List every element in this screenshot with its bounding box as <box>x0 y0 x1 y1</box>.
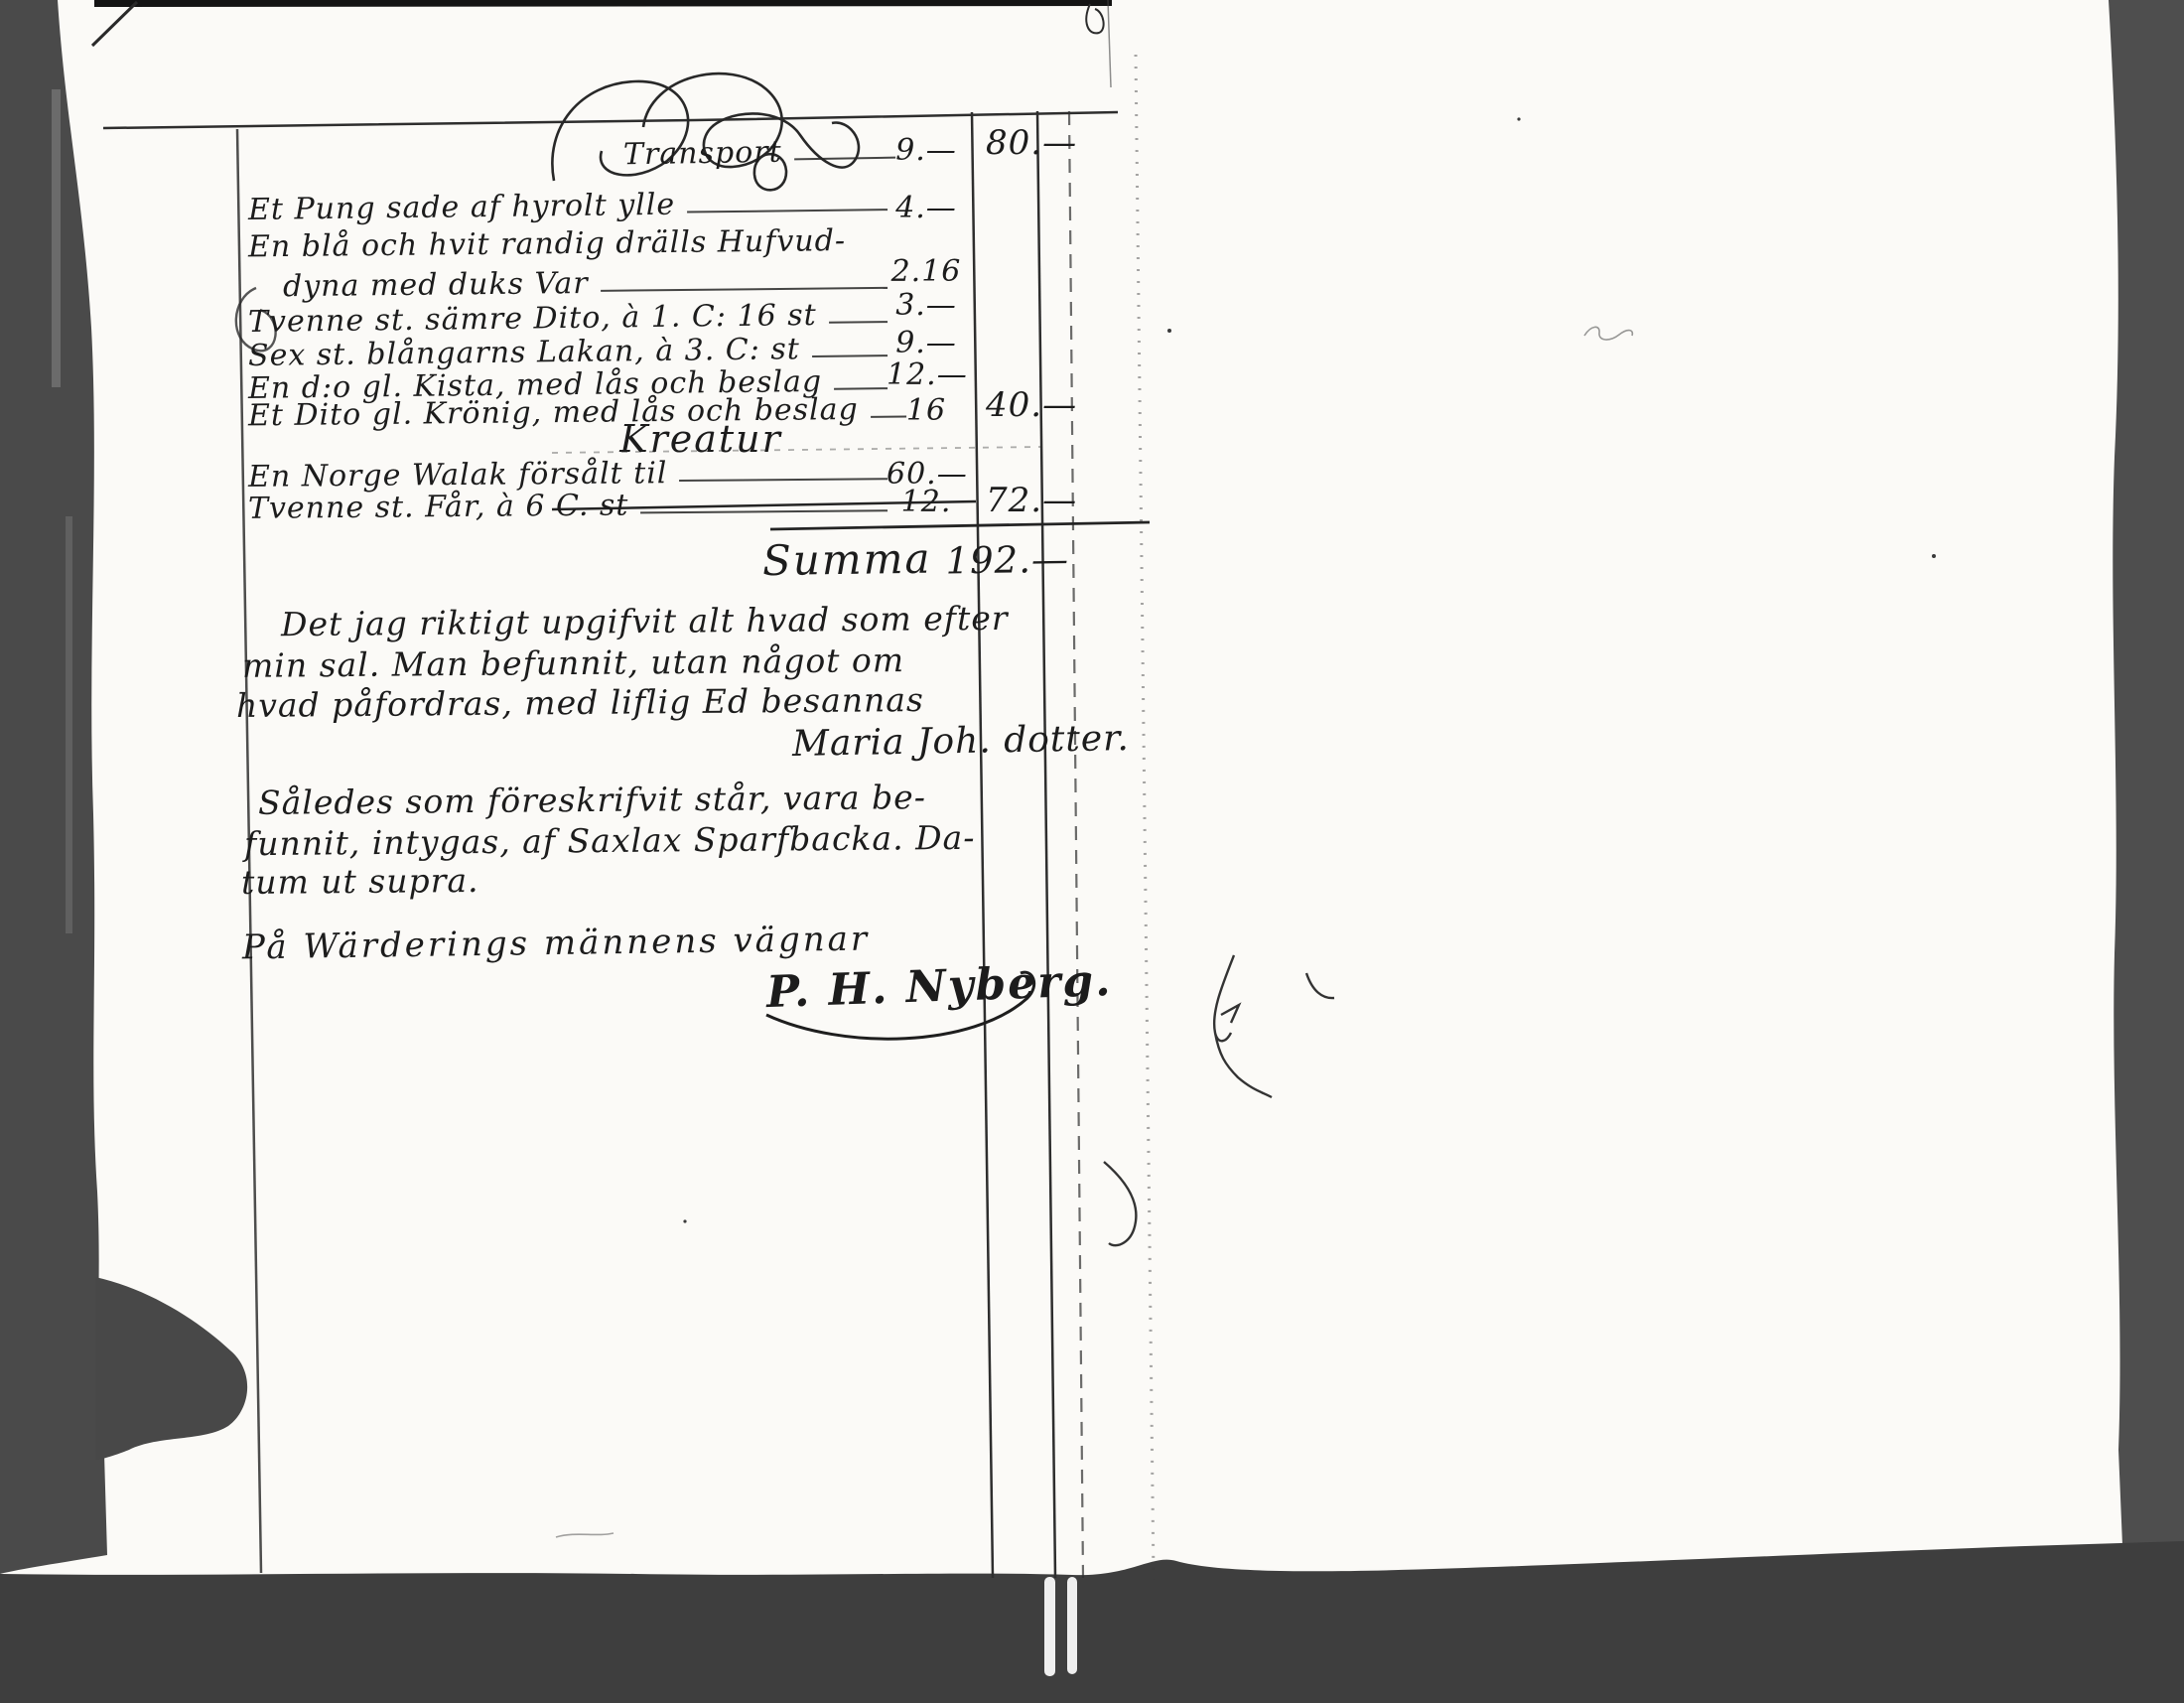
dash-leader <box>640 509 887 513</box>
signature-maria: Maria Joh. dotter. <box>792 718 1130 765</box>
row-text: dyna med duks Var <box>283 266 589 304</box>
transport-amount-col2: 80.— <box>986 123 1073 163</box>
row-amount-col1: 4.— <box>887 191 966 225</box>
account-row: En blå och hvit randig drälls Hufvud- <box>248 223 891 265</box>
bottom-dark-band <box>0 1541 2184 1703</box>
page-fold-line <box>1136 55 1154 1580</box>
dash-leader <box>687 209 887 213</box>
currency-column-rule-3-dashed <box>1069 111 1083 1578</box>
row-text: Et Pung sade af hyrolt ylle <box>248 188 676 227</box>
summa-value: 192.— <box>945 538 1069 583</box>
currency-column-rule-2 <box>1037 111 1055 1578</box>
dash-leader <box>834 387 887 390</box>
dash-leader <box>601 287 887 292</box>
row-amount-col1: 12. <box>887 485 966 519</box>
left-band-streak <box>52 89 61 387</box>
dash-leader <box>812 355 887 357</box>
scanned-document-page: Transport 9.— 80.— Et Pung sade af hyrol… <box>0 0 2184 1703</box>
table-top-rule <box>103 112 1118 128</box>
row-amount-col1: 16 <box>887 393 966 428</box>
transport-amount-col1: 9.— <box>887 133 966 168</box>
summa-row: Summa 192.— <box>762 532 1057 585</box>
attest-line: tum ut supra. <box>241 861 479 902</box>
dash-leader <box>679 478 887 482</box>
transport-row: Transport <box>623 133 900 173</box>
top-hook-mark <box>1086 4 1103 33</box>
summa-label: Summa <box>762 534 932 585</box>
bottom-band-white-mark <box>1067 1577 1077 1674</box>
oath-line: min sal. Man befunnit, utan något om <box>242 640 904 685</box>
pre-summa-rule-long <box>770 522 1150 529</box>
dash-leader <box>794 157 895 161</box>
row-amount-col1: 12.— <box>887 357 966 392</box>
right-dark-band <box>2109 0 2184 1549</box>
left-band-streak <box>66 516 72 933</box>
oath-line: Det jag riktigt upgifvit alt hvad som ef… <box>281 599 1009 643</box>
transport-flourish <box>552 73 859 190</box>
top-crease-line <box>1108 0 1111 87</box>
dash-leader <box>829 321 887 324</box>
attest-line: funnit, intygas, af Saxlax Sparfbacka. D… <box>244 818 976 863</box>
oath-line: hvad påfordras, med liflig Ed besannas <box>236 680 924 725</box>
livestock-row: Tvenne st. Får, à 6 C. st <box>248 486 891 526</box>
top-edge-bar <box>94 0 1112 7</box>
row-amount-col1: 2.16 <box>887 254 966 289</box>
row-amount-col1: 9.— <box>887 326 966 360</box>
row-text: En blå och hvit randig drälls Hufvud- <box>248 223 846 264</box>
bottom-band-white-mark <box>1044 1577 1055 1676</box>
row-amount-col2: 72.— <box>986 481 1073 520</box>
transport-label: Transport <box>623 135 782 173</box>
row-amount-col2: 40.— <box>986 385 1073 425</box>
top-left-corner-stroke <box>92 2 137 46</box>
left-band-bulge <box>95 1277 247 1460</box>
row-text: Tvenne st. Får, à 6 C. st <box>248 488 629 525</box>
attest-line: Således som föreskrifvit står, vara be- <box>258 778 926 822</box>
row-amount-col1: 3.— <box>887 288 966 323</box>
